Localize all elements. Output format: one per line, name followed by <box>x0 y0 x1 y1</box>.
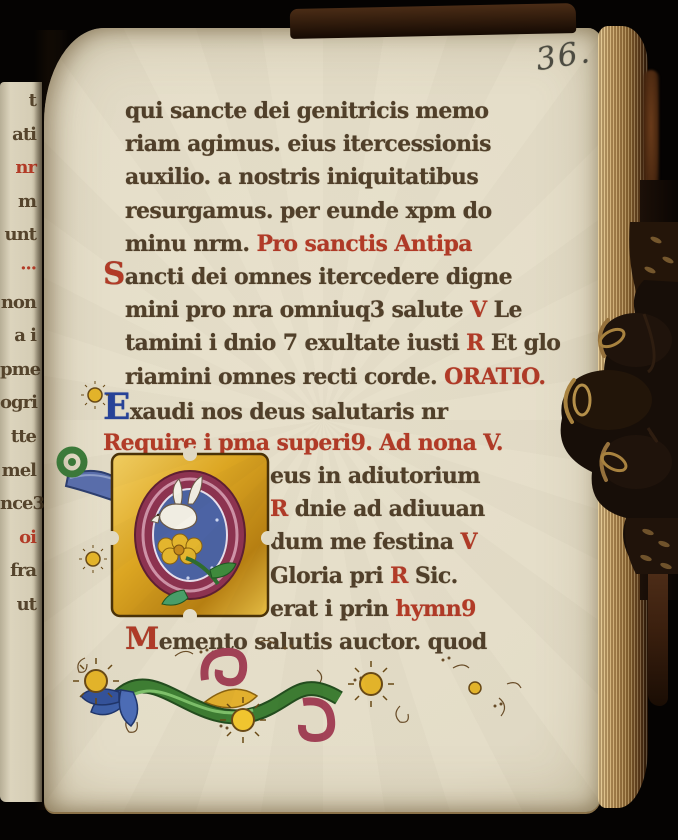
manuscript-text-line: resurgamus. per eunde xpm do <box>125 198 570 231</box>
text-segment-ink: dnie ad adiuuan <box>295 496 485 522</box>
facing-page-text-fragment: oi <box>0 527 36 561</box>
gold-besant-icon <box>348 661 394 707</box>
manuscript-text-line: auxilio. a nostris iniquitatibus <box>125 164 570 197</box>
text-segment-rubric: Pro sanctis Antipa <box>256 231 471 257</box>
text-segment-ink: auxilio. a nostris iniquitatibus <box>125 164 478 190</box>
manuscript-text-line: Sancti dei omnes itercedere digne <box>103 264 570 297</box>
text-segment-ink: dum me festina <box>270 529 461 555</box>
facing-page-text-fragment: mel <box>0 460 36 494</box>
facing-page-text-fragment: unt <box>0 224 36 258</box>
clasp-strap-lower <box>648 556 668 706</box>
floral-border-decoration <box>55 640 533 802</box>
manuscript-text-line: qui sancte dei genitricis memo <box>125 98 570 131</box>
photo-backdrop: tatinrmunt···nona ipmeogrittemelnce3oifr… <box>0 0 678 840</box>
facing-page-text-fragments: tatinrmunt···nona ipmeogrittemelnce3oifr… <box>0 90 36 628</box>
facing-page-text-fragment: a i <box>0 325 36 359</box>
text-segment-ink: mini pro nra omniuq3 salute <box>125 297 470 323</box>
text-segment-ink: resurgamus. per eunde xpm do <box>125 198 492 224</box>
text-segment-rubric: ORATIO. <box>444 364 545 390</box>
book-clasp <box>552 222 678 574</box>
manuscript-text-line: riam agimus. eius itercessionis <box>125 131 570 164</box>
text-segment-ink: minu nrm. <box>125 231 256 257</box>
manuscript-text-line: tamini i dnio 7 exultate iusti R Et glo <box>125 330 570 363</box>
manuscript-text-line: Exaudi nos deus salutaris nr <box>103 397 570 430</box>
facing-page-text-fragment: ogri <box>0 392 36 426</box>
facing-page-text-fragment: non <box>0 292 36 326</box>
text-segment-rubric: hymn9 <box>395 596 475 622</box>
manuscript-text-line: minu nrm. Pro sanctis Antipa <box>125 231 570 264</box>
manuscript-page: 36. qui sancte dei genitricis memoriam a… <box>44 28 602 812</box>
folio-number: 36. <box>534 34 594 78</box>
facing-page-text-fragment: ati <box>0 124 36 158</box>
facing-page-text-fragment: ut <box>0 594 36 628</box>
facing-page-text-fragment: nce3 <box>0 493 36 527</box>
margin-besant-icon <box>78 544 108 574</box>
text-segment-ink: tamini i dnio 7 exultate iusti <box>125 330 466 356</box>
text-segment-ink: qui sancte dei genitricis memo <box>125 98 489 124</box>
text-segment-ink: erat i prin <box>270 596 395 622</box>
text-segment-rubric: V <box>470 297 494 323</box>
manuscript-text-line: mini pro nra omniuq3 salute V Le <box>125 297 570 330</box>
gold-leaf <box>205 689 257 708</box>
facing-page-text-fragment: fra <box>0 560 36 594</box>
text-segment-ink: riamini omnes recti corde. <box>125 364 444 390</box>
text-segment-ink: eus in adiutorium <box>270 463 480 489</box>
text-segment-ink: ancti dei omnes itercedere digne <box>125 264 512 290</box>
facing-page-text-fragment: m <box>0 191 36 225</box>
facing-page-text-fragment: ··· <box>0 258 36 292</box>
text-segment-initial-red: S <box>103 256 125 292</box>
margin-besant-icon <box>80 380 110 410</box>
text-segment-ink: riam agimus. eius itercessionis <box>125 131 491 157</box>
text-segment-ink: Et glo <box>491 330 560 356</box>
manuscript-text-line: riamini omnes recti corde. ORATIO. <box>125 364 570 397</box>
illuminated-initial-D <box>54 442 276 624</box>
facing-page-text-fragment: t <box>0 90 36 124</box>
text-segment-rubric: V <box>461 529 477 555</box>
facing-page-text-fragment: tte <box>0 426 36 460</box>
facing-page-text-fragment: pme <box>0 359 36 393</box>
facing-page-text-fragment: nr <box>0 157 36 191</box>
gold-dot-icon <box>469 682 481 694</box>
text-segment-ink: Gloria pri <box>270 563 390 589</box>
text-segment-ink: xaudi nos deus salutaris nr <box>130 399 448 425</box>
binding-leather-top <box>290 3 577 39</box>
text-segment-ink: Le <box>494 297 522 323</box>
text-segment-rubric: R <box>390 563 415 589</box>
text-segment-ink: Sic. <box>415 563 458 589</box>
text-segment-rubric: R <box>466 330 491 356</box>
